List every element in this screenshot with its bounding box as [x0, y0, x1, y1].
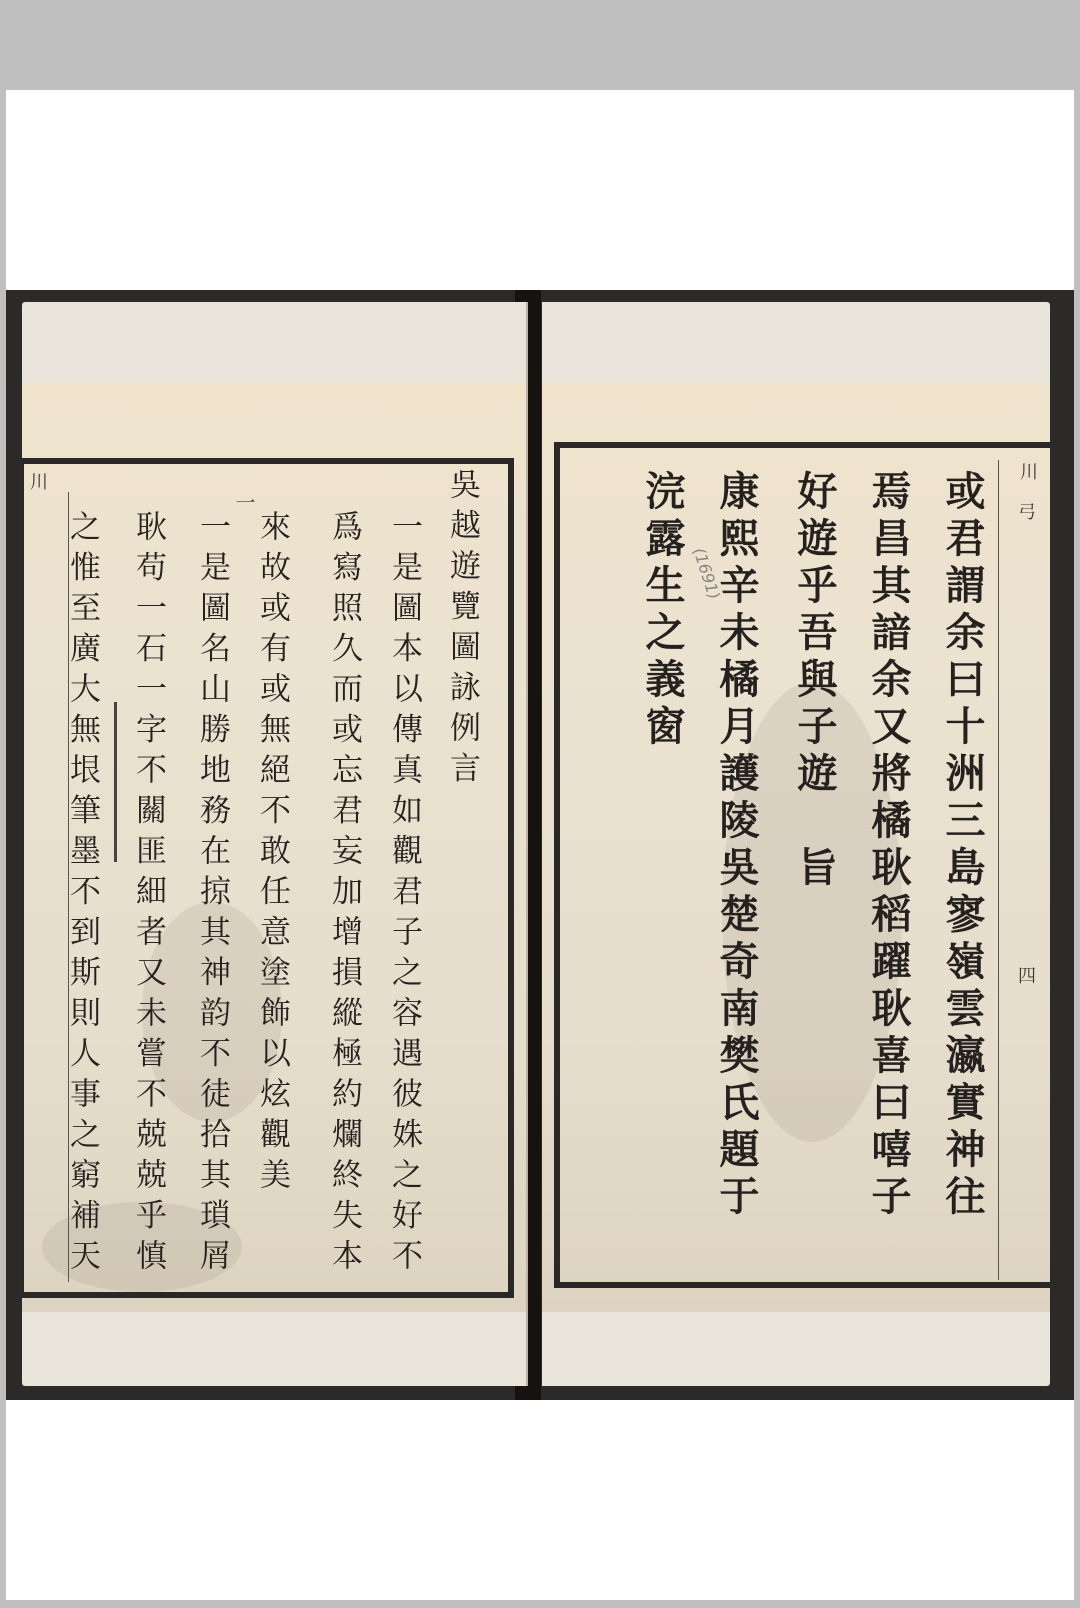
page-number: 四 [1012, 966, 1038, 984]
text-column: 爲寫照久而或忘君妄加增損縱極約爛終失本 [322, 510, 367, 1280]
text-column: 或君謂余曰十洲三島寥嶺雲瀛實神往 [934, 470, 991, 1222]
left-page: 川 一 吳越遊覽圖詠例言 一是圖本以傳真如觀君子之容遇彼姝之好不 爲寫照久而或忘… [22, 302, 527, 1386]
ink-mark [114, 702, 117, 862]
right-page-margin-rule [998, 460, 999, 1280]
right-margin-mark-mid: 弓 [1012, 502, 1038, 520]
text-column: 之惟至廣大無垠筆墨不到斯則人事之窮補天 [60, 510, 105, 1280]
text-column: 一是圖名山勝地務在掠其神韵不徒拾其瑣屑 [190, 510, 235, 1280]
text-column: 焉昌其諳余又將橘耿稻躍耿喜曰嘻子 [860, 470, 917, 1222]
page-gutter [526, 302, 528, 1386]
text-column: 康熙辛未橘月護陵吳楚奇南樊氏題于 [708, 470, 765, 1222]
right-page: 川 弓 四 (1691) 或君謂余曰十洲三島寥嶺雲瀛實神往 焉昌其諳余又將橘耿稻… [542, 302, 1050, 1386]
text-column: 一是圖本以傳真如觀君子之容遇彼姝之好不 [382, 510, 427, 1280]
text-column: 浣露生之義窗 [634, 470, 691, 752]
page-title: 吳越遊覽圖詠例言 [440, 468, 485, 792]
bullet-mark: 一 [230, 492, 259, 512]
text-column: 耿苟一石一字不關匪細者又未嘗不兢兢乎慎 [126, 510, 171, 1280]
viewer-top-bar [0, 0, 1080, 90]
text-column: 好遊乎吾與子遊 旨 [786, 470, 843, 893]
left-margin-mark: 川 [24, 472, 50, 490]
text-column: 來故或有或無絕不敢任意塗飾以炫觀美 [250, 510, 295, 1199]
right-margin-mark-top: 川 [1014, 462, 1040, 480]
